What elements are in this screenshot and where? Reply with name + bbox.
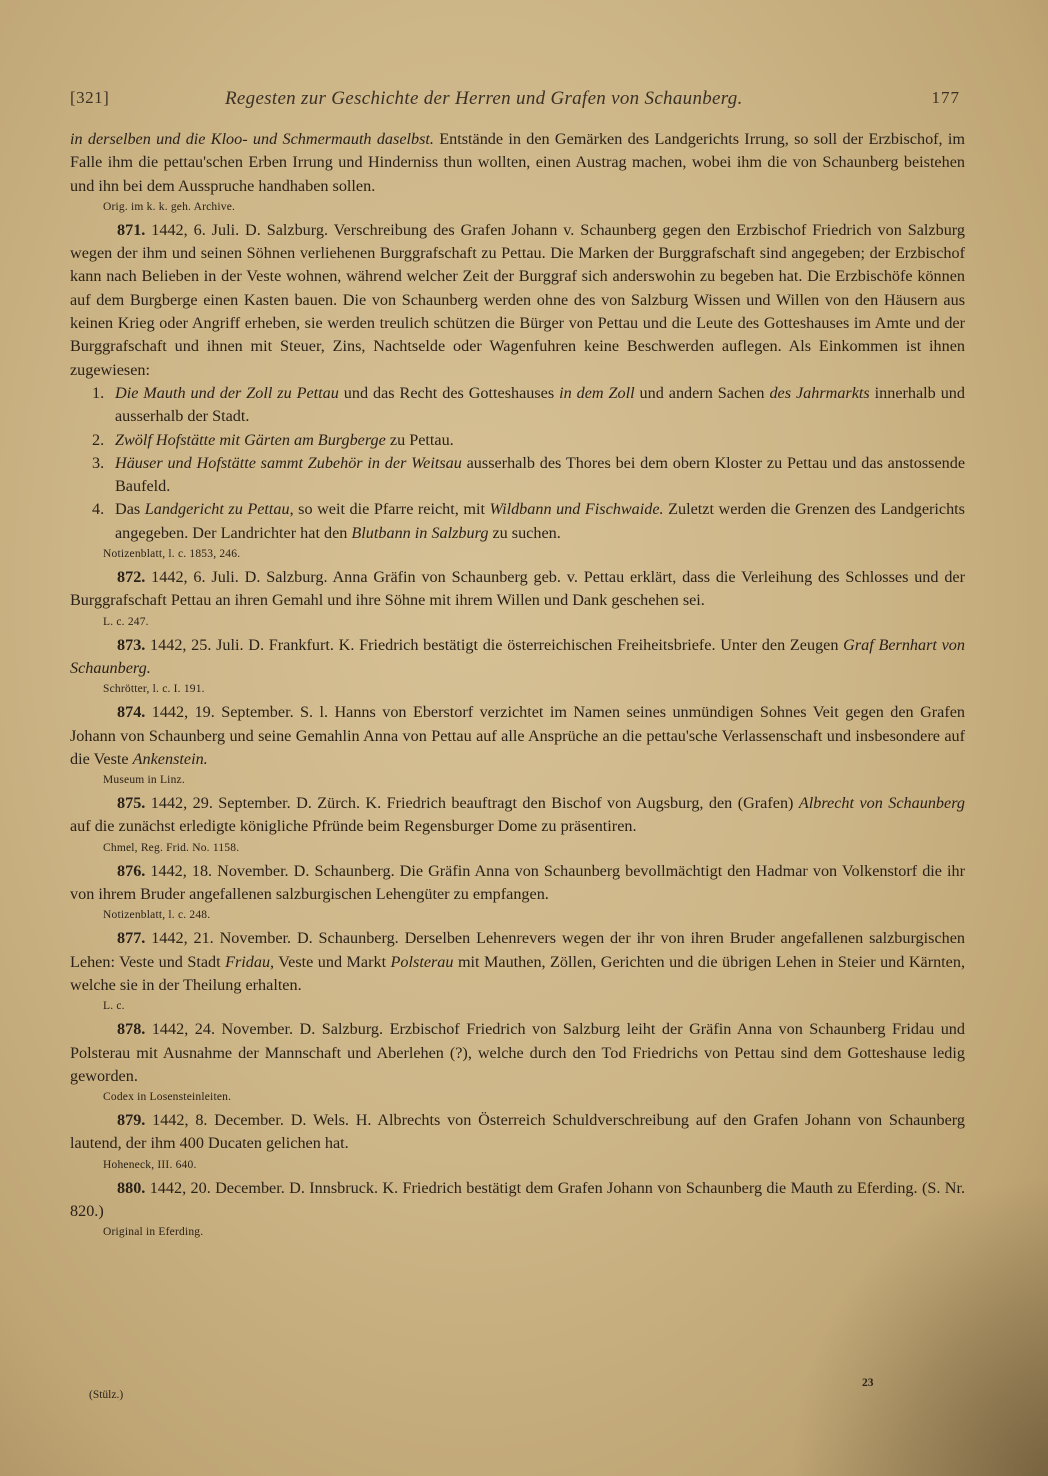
entry-text: 876. 1442, 18. November. D. Schaunberg. …	[70, 860, 965, 907]
list-number: 3.	[92, 452, 104, 475]
continuation-paragraph: in derselben und die Kloo- und Schmermau…	[70, 128, 965, 198]
list-text: zu Pettau.	[386, 431, 454, 449]
regest-entry-871: 871. 1442, 6. Juli. D. Salzburg. Verschr…	[70, 219, 965, 563]
source-citation: Orig. im k. k. geh. Archive.	[70, 198, 965, 216]
source-citation: Hoheneck, III. 640.	[70, 1156, 965, 1174]
source-citation: Notizenblatt, l. c. 1853, 246.	[70, 545, 965, 563]
source-citation: L. c. 247.	[70, 613, 965, 631]
entry-number: 873.	[117, 636, 145, 654]
regest-entry-878: 878. 1442, 24. November. D. Salzburg. Er…	[70, 1018, 965, 1106]
regest-entry-874: 874. 1442, 19. September. S. l. Hanns vo…	[70, 701, 965, 789]
source-citation: Codex in Losensteinleiten.	[70, 1088, 965, 1106]
list-text: zu suchen.	[488, 524, 560, 542]
entry-body: 1442, 18. November. D. Schaunberg. Die G…	[70, 862, 965, 903]
entry-number: 880.	[117, 1179, 145, 1197]
italic-phrase: Zwölf Hofstätte mit Gärten am Burgberge	[115, 431, 386, 449]
entry-number: 871.	[117, 221, 145, 239]
source-citation: Chmel, Reg. Frid. No. 1158.	[70, 839, 965, 857]
italic-phrase: Ankenstein.	[133, 750, 208, 768]
entry-body: 1442, 6. Juli. D. Salzburg. Anna Gräfin …	[70, 568, 965, 609]
italic-phrase: in derselben und die Kloo- und Schmermau…	[70, 130, 434, 148]
list-number: 4.	[92, 498, 104, 521]
book-page: [321] Regesten zur Geschichte der Herren…	[0, 0, 1048, 1476]
source-citation: Notizenblatt, l. c. 248.	[70, 906, 965, 924]
list-item: 2.Zwölf Hofstätte mit Gärten am Burgberg…	[70, 429, 965, 452]
entry-text: 872. 1442, 6. Juli. D. Salzburg. Anna Gr…	[70, 566, 965, 613]
list-item: 3.Häuser und Hofstätte sammt Zubehör in …	[70, 452, 965, 499]
regest-entry-876: 876. 1442, 18. November. D. Schaunberg. …	[70, 860, 965, 925]
source-citation: Schrötter, l. c. I. 191.	[70, 680, 965, 698]
entry-text: 880. 1442, 20. December. D. Innsbruck. K…	[70, 1177, 965, 1224]
entry-number: 876.	[117, 862, 145, 880]
author-signature: (Stülz.)	[89, 1389, 123, 1401]
entry-number: 877.	[117, 929, 145, 947]
running-header: [321] Regesten zur Geschichte der Herren…	[70, 88, 960, 112]
regest-entry-875: 875. 1442, 29. September. D. Zürch. K. F…	[70, 792, 965, 857]
regest-entry-877: 877. 1442, 21. November. D. Schaunberg. …	[70, 927, 965, 1015]
italic-phrase: des Jahrmarkts	[769, 384, 869, 402]
bracket-page-number: [321]	[70, 88, 109, 108]
regest-entry-872: 872. 1442, 6. Juli. D. Salzburg. Anna Gr…	[70, 566, 965, 631]
entry-body: 1442, 20. December. D. Innsbruck. K. Fri…	[70, 1179, 965, 1220]
entry-text: 873. 1442, 25. Juli. D. Frankfurt. K. Fr…	[70, 634, 965, 681]
italic-phrase: Albrecht von Schaunberg	[799, 794, 965, 812]
list-text: und andern Sachen	[635, 384, 770, 402]
list-number: 1.	[92, 382, 104, 405]
entry-text: 875. 1442, 29. September. D. Zürch. K. F…	[70, 792, 965, 839]
entry-number: 872.	[117, 568, 145, 586]
entry-body: Veste und Markt	[274, 953, 390, 971]
entry-body: 1442, 6. Juli. D. Salzburg. Verschreibun…	[70, 221, 965, 379]
regest-entry-879: 879. 1442, 8. December. D. Wels. H. Albr…	[70, 1109, 965, 1174]
entry-text: 879. 1442, 8. December. D. Wels. H. Albr…	[70, 1109, 965, 1156]
entry-number: 878.	[117, 1020, 145, 1038]
entry-text: 874. 1442, 19. September. S. l. Hanns vo…	[70, 701, 965, 771]
income-list: 1.Die Mauth und der Zoll zu Pettau und d…	[70, 382, 965, 545]
entry-number: 879.	[117, 1111, 145, 1129]
italic-phrase: Die Mauth und der Zoll zu Pettau	[115, 384, 339, 402]
list-text: und das Recht des Gotteshauses	[339, 384, 559, 402]
entry-text: 878. 1442, 24. November. D. Salzburg. Er…	[70, 1018, 965, 1088]
italic-phrase: Häuser und Hofstätte sammt Zubehör in de…	[115, 454, 462, 472]
entry-body: 1442, 25. Juli. D. Frankfurt. K. Friedri…	[145, 636, 843, 654]
list-text: , so weit die Pfarre reicht, mit	[290, 500, 490, 518]
entry-text: 877. 1442, 21. November. D. Schaunberg. …	[70, 927, 965, 997]
list-item: 1.Die Mauth und der Zoll zu Pettau und d…	[70, 382, 965, 429]
italic-phrase: Landgericht zu Pettau	[145, 500, 290, 518]
regest-entry-873: 873. 1442, 25. Juli. D. Frankfurt. K. Fr…	[70, 634, 965, 699]
entry-body: auf die zunächst erledigte königliche Pf…	[70, 817, 637, 835]
page-number: 177	[932, 88, 961, 108]
entry-number: 875.	[117, 794, 145, 812]
italic-phrase: Wildbann und Fischwaide.	[489, 500, 663, 518]
italic-phrase: Blutbann in Salzburg	[351, 524, 488, 542]
list-number: 2.	[92, 429, 104, 452]
page-body: in derselben und die Kloo- und Schmermau…	[70, 128, 965, 1244]
running-title: Regesten zur Geschichte der Herren und G…	[225, 88, 743, 110]
source-citation: Original in Eferding.	[70, 1223, 965, 1241]
italic-phrase: Fridau,	[225, 953, 274, 971]
entry-body: 1442, 8. December. D. Wels. H. Albrechts…	[70, 1111, 965, 1152]
regest-entry-880: 880. 1442, 20. December. D. Innsbruck. K…	[70, 1177, 965, 1242]
entry-text: 871. 1442, 6. Juli. D. Salzburg. Verschr…	[70, 219, 965, 382]
entry-body: 1442, 29. September. D. Zürch. K. Friedr…	[145, 794, 799, 812]
sheet-signature-number: 23	[862, 1377, 874, 1389]
italic-phrase: Polsterau	[391, 953, 454, 971]
source-citation: L. c.	[70, 997, 965, 1015]
entry-body: 1442, 24. November. D. Salzburg. Erzbisc…	[70, 1020, 965, 1085]
entry-number: 874.	[117, 703, 145, 721]
source-citation: Museum in Linz.	[70, 771, 965, 789]
italic-phrase: in dem Zoll	[559, 384, 635, 402]
list-item: 4.Das Landgericht zu Pettau, so weit die…	[70, 498, 965, 545]
list-text: Das	[115, 500, 145, 518]
